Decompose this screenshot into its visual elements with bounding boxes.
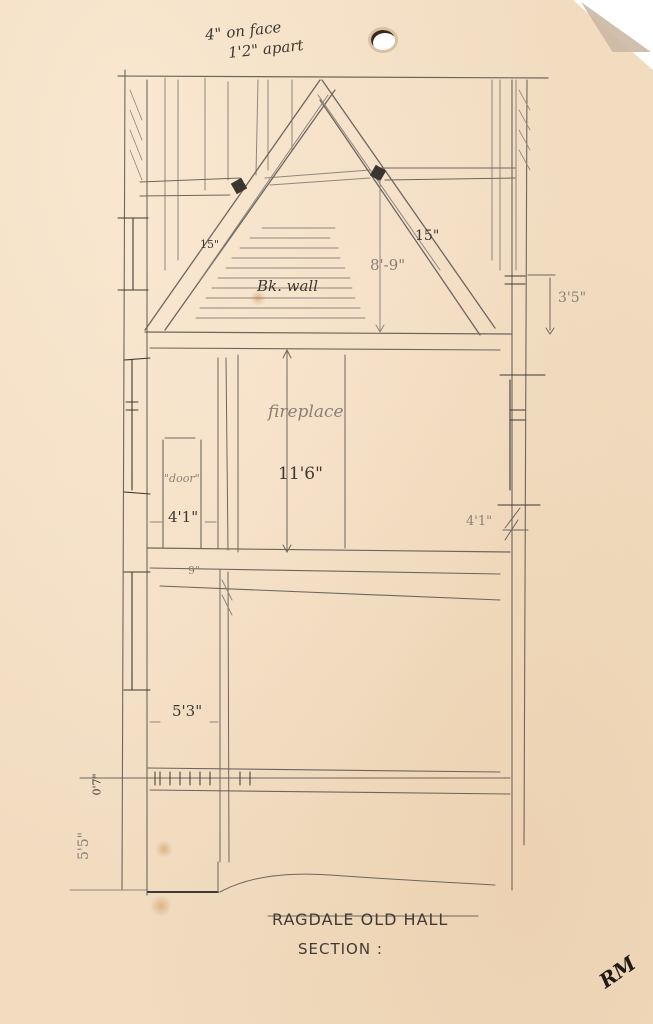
label-floor-dim: 0'7"	[91, 773, 104, 795]
label-beam-depth: 9"	[188, 564, 200, 577]
gable-base-line	[145, 332, 512, 334]
label-rafter-left: 15"	[200, 238, 219, 251]
label-right-upper-dim: 3'5"	[558, 290, 586, 306]
partition-wall	[218, 355, 238, 552]
label-ground-dim: 5'5"	[76, 832, 92, 860]
first-floor-ceiling	[150, 348, 500, 350]
floor-joists	[80, 768, 510, 794]
label-room-height: 11'6"	[278, 464, 323, 484]
right-rafter	[320, 80, 495, 335]
rafter-joint-left	[231, 178, 247, 194]
label-gable-height: 8'-9"	[370, 256, 405, 274]
left-outer-wall	[122, 70, 125, 890]
drawing-title: RAGDALE OLD HALL	[272, 910, 448, 929]
ground-floor-ceiling	[150, 568, 500, 600]
sketch-sheet: 4" on face 1'2" apart 15" 15" 8'-9" Bk. …	[0, 0, 653, 1024]
ground-line	[218, 862, 495, 892]
label-rafter-right: 15"	[415, 228, 439, 244]
door-outline	[163, 438, 201, 548]
label-lower-room-width: 5'3"	[172, 702, 202, 720]
label-door-width: 4'1"	[168, 508, 198, 526]
roof-top-line	[118, 76, 548, 78]
first-floor-line	[148, 548, 510, 552]
right-outer-wall	[524, 80, 527, 845]
rafter-joint-right	[370, 165, 386, 181]
lower-partition	[220, 570, 229, 862]
label-door: "door"	[164, 472, 200, 485]
section-drawing	[0, 0, 653, 1024]
label-fireplace: fireplace	[268, 402, 344, 422]
drawing-subtitle: SECTION :	[298, 940, 383, 958]
label-right-wall-dim: 4'1"	[466, 514, 492, 529]
label-brick-wall: Bk. wall	[257, 277, 318, 295]
